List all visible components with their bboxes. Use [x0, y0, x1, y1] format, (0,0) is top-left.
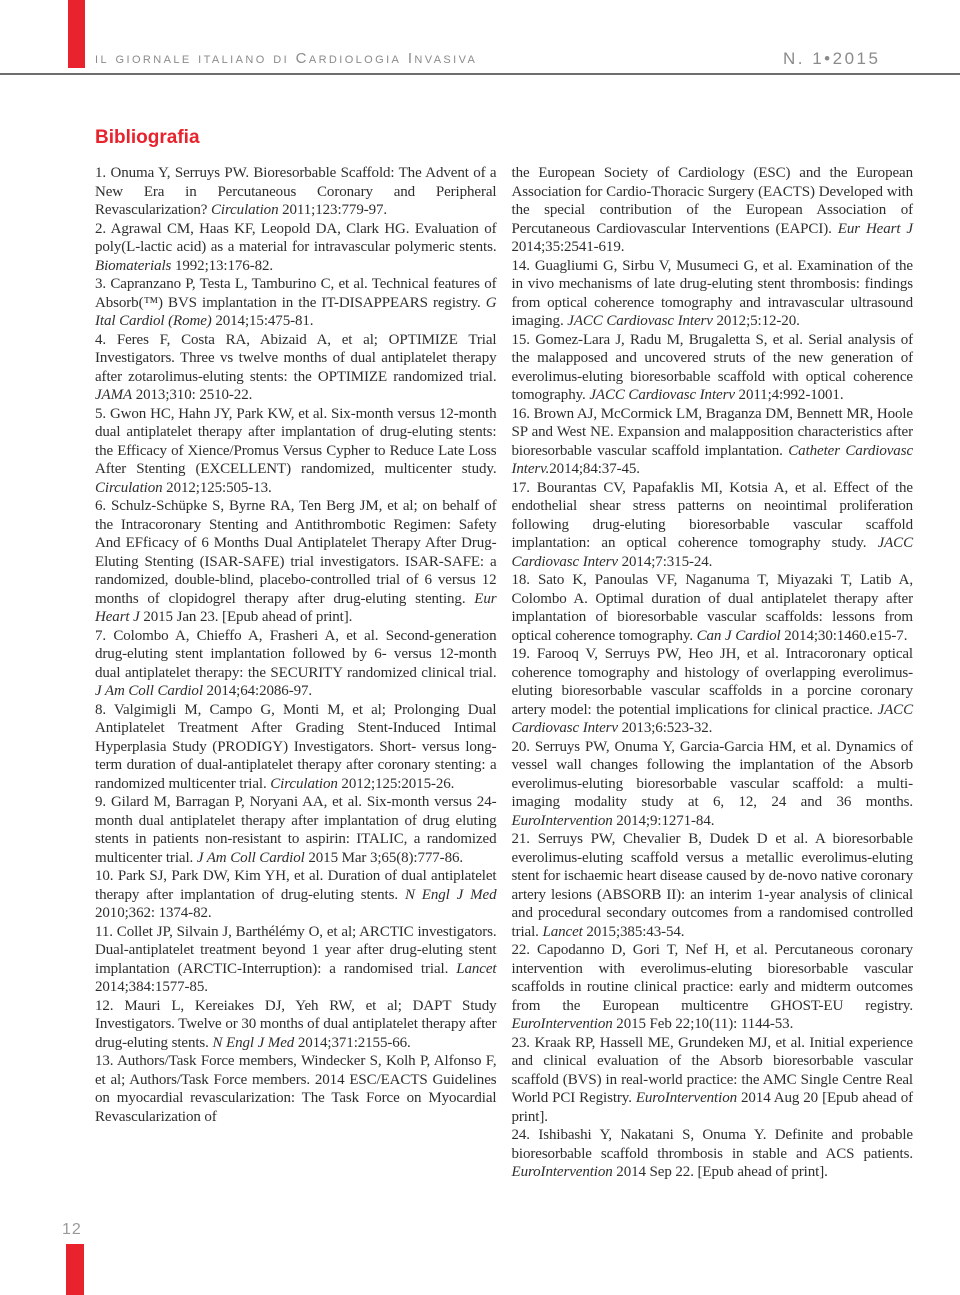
- reference-text: 11. Collet JP, Silvain J, Barthélémy O, …: [95, 924, 497, 977]
- reference-item: 23. Kraak RP, Hassell ME, Grundeken MJ, …: [512, 1034, 914, 1127]
- page-number: 12: [62, 1221, 82, 1239]
- reference-item-continuation: the European Society of Cardiology (ESC)…: [512, 164, 914, 257]
- journal-name: EuroIntervention: [512, 1016, 613, 1032]
- reference-item: 7. Colombo A, Chieffo A, Frasheri A, et …: [95, 627, 497, 701]
- reference-item: 9. Gilard M, Barragan P, Noryani AA, et …: [95, 793, 497, 867]
- reference-text: 22. Capodanno D, Gori T, Nef H, et al. P…: [512, 942, 914, 1014]
- journal-name: EuroIntervention: [512, 1164, 613, 1180]
- journal-name: Lancet: [542, 924, 582, 940]
- reference-item: 21. Serruys PW, Chevalier B, Dudek D et …: [512, 830, 914, 941]
- reference-item: 14. Guagliumi G, Sirbu V, Musumeci G, et…: [512, 257, 914, 331]
- issue-number: N. 1•2015: [783, 49, 880, 69]
- journal-name: Lancet: [456, 961, 496, 977]
- reference-text: 2013;6:523-32.: [618, 720, 712, 736]
- reference-text: 2013;310: 2510-22.: [132, 387, 252, 403]
- reference-item: 24. Ishibashi Y, Nakatani S, Onuma Y. De…: [512, 1126, 914, 1182]
- reference-item: 10. Park SJ, Park DW, Kim YH, et al. Dur…: [95, 867, 497, 923]
- reference-text: 2014;35:2541-619.: [512, 239, 625, 255]
- reference-item: 12. Mauri L, Kereiakes DJ, Yeh RW, et al…: [95, 997, 497, 1053]
- journal-name: EuroIntervention: [636, 1090, 737, 1106]
- reference-text: 7. Colombo A, Chieffo A, Frasheri A, et …: [95, 628, 497, 681]
- reference-text: 2014;64:2086-97.: [203, 683, 312, 699]
- reference-item: 1. Onuma Y, Serruys PW. Bioresorbable Sc…: [95, 164, 497, 220]
- reference-text: 2015;385:43-54.: [583, 924, 685, 940]
- reference-text: 2. Agrawal CM, Haas KF, Leopold DA, Clar…: [95, 221, 497, 256]
- journal-page: il giornale italiano di Cardiologia Inva…: [0, 0, 960, 1295]
- reference-text: 5. Gwon HC, Hahn JY, Park KW, et al. Six…: [95, 406, 497, 478]
- journal-name: N Engl J Med: [405, 887, 497, 903]
- journal-name: Can J Cardiol: [697, 628, 781, 644]
- reference-text: 3. Capranzano P, Testa L, Tamburino C, e…: [95, 276, 497, 311]
- reference-text: 4. Feres F, Costa RA, Abizaid A, et al; …: [95, 332, 497, 385]
- reference-text: 2012;5:12-20.: [713, 313, 800, 329]
- reference-item: 4. Feres F, Costa RA, Abizaid A, et al; …: [95, 331, 497, 405]
- journal-name: Eur Heart J: [838, 221, 913, 237]
- journal-name: JAMA: [95, 387, 132, 403]
- reference-item: 19. Farooq V, Serruys PW, Heo JH, et al.…: [512, 645, 914, 738]
- reference-list-right: the European Society of Cardiology (ESC)…: [512, 164, 914, 1182]
- reference-item: 3. Capranzano P, Testa L, Tamburino C, e…: [95, 275, 497, 331]
- reference-text: 2015 Feb 22;10(11): 1144-53.: [613, 1016, 794, 1032]
- reference-item: 15. Gomez-Lara J, Radu M, Brugaletta S, …: [512, 331, 914, 405]
- reference-text: 2014;9:1271-84.: [613, 813, 715, 829]
- header-red-bar: [68, 0, 85, 68]
- reference-item: 22. Capodanno D, Gori T, Nef H, et al. P…: [512, 941, 914, 1034]
- reference-item: 6. Schulz-Schüpke S, Byrne RA, Ten Berg …: [95, 497, 497, 627]
- reference-text: 2015 Mar 3;65(8):777-86.: [305, 850, 463, 866]
- reference-list-left: 1. Onuma Y, Serruys PW. Bioresorbable Sc…: [95, 164, 497, 1126]
- reference-text: 2012;125:505-13.: [163, 480, 272, 496]
- reference-text: 2011;123:779-97.: [278, 202, 387, 218]
- journal-name: Circulation: [270, 776, 338, 792]
- reference-item: 20. Serruys PW, Onuma Y, Garcia-Garcia H…: [512, 738, 914, 831]
- bibliography-content: Bibliografia 1. Onuma Y, Serruys PW. Bio…: [95, 127, 913, 1182]
- reference-item: 17. Bourantas CV, Papafaklis MI, Kotsia …: [512, 479, 914, 572]
- journal-name: Circulation: [95, 480, 163, 496]
- journal-title: il giornale italiano di Cardiologia Inva…: [95, 50, 477, 67]
- reference-text: 2014;15:475-81.: [212, 313, 314, 329]
- reference-text: 1992;13:176-82.: [171, 258, 273, 274]
- reference-text: 17. Bourantas CV, Papafaklis MI, Kotsia …: [512, 480, 914, 552]
- journal-name: JACC Cardiovasc Interv: [567, 313, 713, 329]
- footer-red-bar: [66, 1244, 84, 1295]
- reference-text: 2011;4:992-1001.: [735, 387, 844, 403]
- reference-text: 6. Schulz-Schüpke S, Byrne RA, Ten Berg …: [95, 498, 497, 607]
- reference-item: 18. Sato K, Panoulas VF, Naganuma T, Miy…: [512, 571, 914, 645]
- reference-item: 5. Gwon HC, Hahn JY, Park KW, et al. Six…: [95, 405, 497, 498]
- journal-name: Circulation: [211, 202, 279, 218]
- reference-text: 2014;84:37-45.: [549, 461, 640, 477]
- reference-item: 8. Valgimigli M, Campo G, Monti M, et al…: [95, 701, 497, 794]
- journal-name: N Engl J Med: [212, 1035, 294, 1051]
- reference-text: 20. Serruys PW, Onuma Y, Garcia-Garcia H…: [512, 739, 914, 811]
- column-left: Bibliografia 1. Onuma Y, Serruys PW. Bio…: [95, 127, 497, 1182]
- reference-item: 11. Collet JP, Silvain J, Barthélémy O, …: [95, 923, 497, 997]
- reference-item: 2. Agrawal CM, Haas KF, Leopold DA, Clar…: [95, 220, 497, 276]
- reference-text: 2014 Sep 22. [Epub ahead of print].: [613, 1164, 828, 1180]
- column-right: the European Society of Cardiology (ESC)…: [512, 127, 914, 1182]
- journal-name: EuroIntervention: [512, 813, 613, 829]
- reference-text: 2014;384:1577-85.: [95, 979, 208, 995]
- reference-text: 2010;362: 1374-82.: [95, 905, 212, 921]
- journal-name: J Am Coll Cardiol: [197, 850, 305, 866]
- journal-name: JACC Cardiovasc Interv: [589, 387, 735, 403]
- reference-text: 2014;30:1460.e15-7.: [781, 628, 908, 644]
- reference-item: 13. Authors/Task Force members, Windecke…: [95, 1052, 497, 1126]
- bibliography-title: Bibliografia: [95, 127, 497, 149]
- header-divider: [0, 73, 960, 75]
- reference-text: 2014;7:315-24.: [618, 554, 712, 570]
- journal-name: J Am Coll Cardiol: [95, 683, 203, 699]
- journal-name: Biomaterials: [95, 258, 171, 274]
- reference-text: 19. Farooq V, Serruys PW, Heo JH, et al.…: [512, 646, 914, 718]
- reference-text: 2014;371:2155-66.: [294, 1035, 411, 1051]
- reference-item: 16. Brown AJ, McCormick LM, Braganza DM,…: [512, 405, 914, 479]
- reference-text: 13. Authors/Task Force members, Windecke…: [95, 1053, 497, 1125]
- reference-text: 2015 Jan 23. [Epub ahead of print].: [140, 609, 353, 625]
- reference-text: 2012;125:2015-26.: [338, 776, 455, 792]
- reference-text: 24. Ishibashi Y, Nakatani S, Onuma Y. De…: [512, 1127, 914, 1162]
